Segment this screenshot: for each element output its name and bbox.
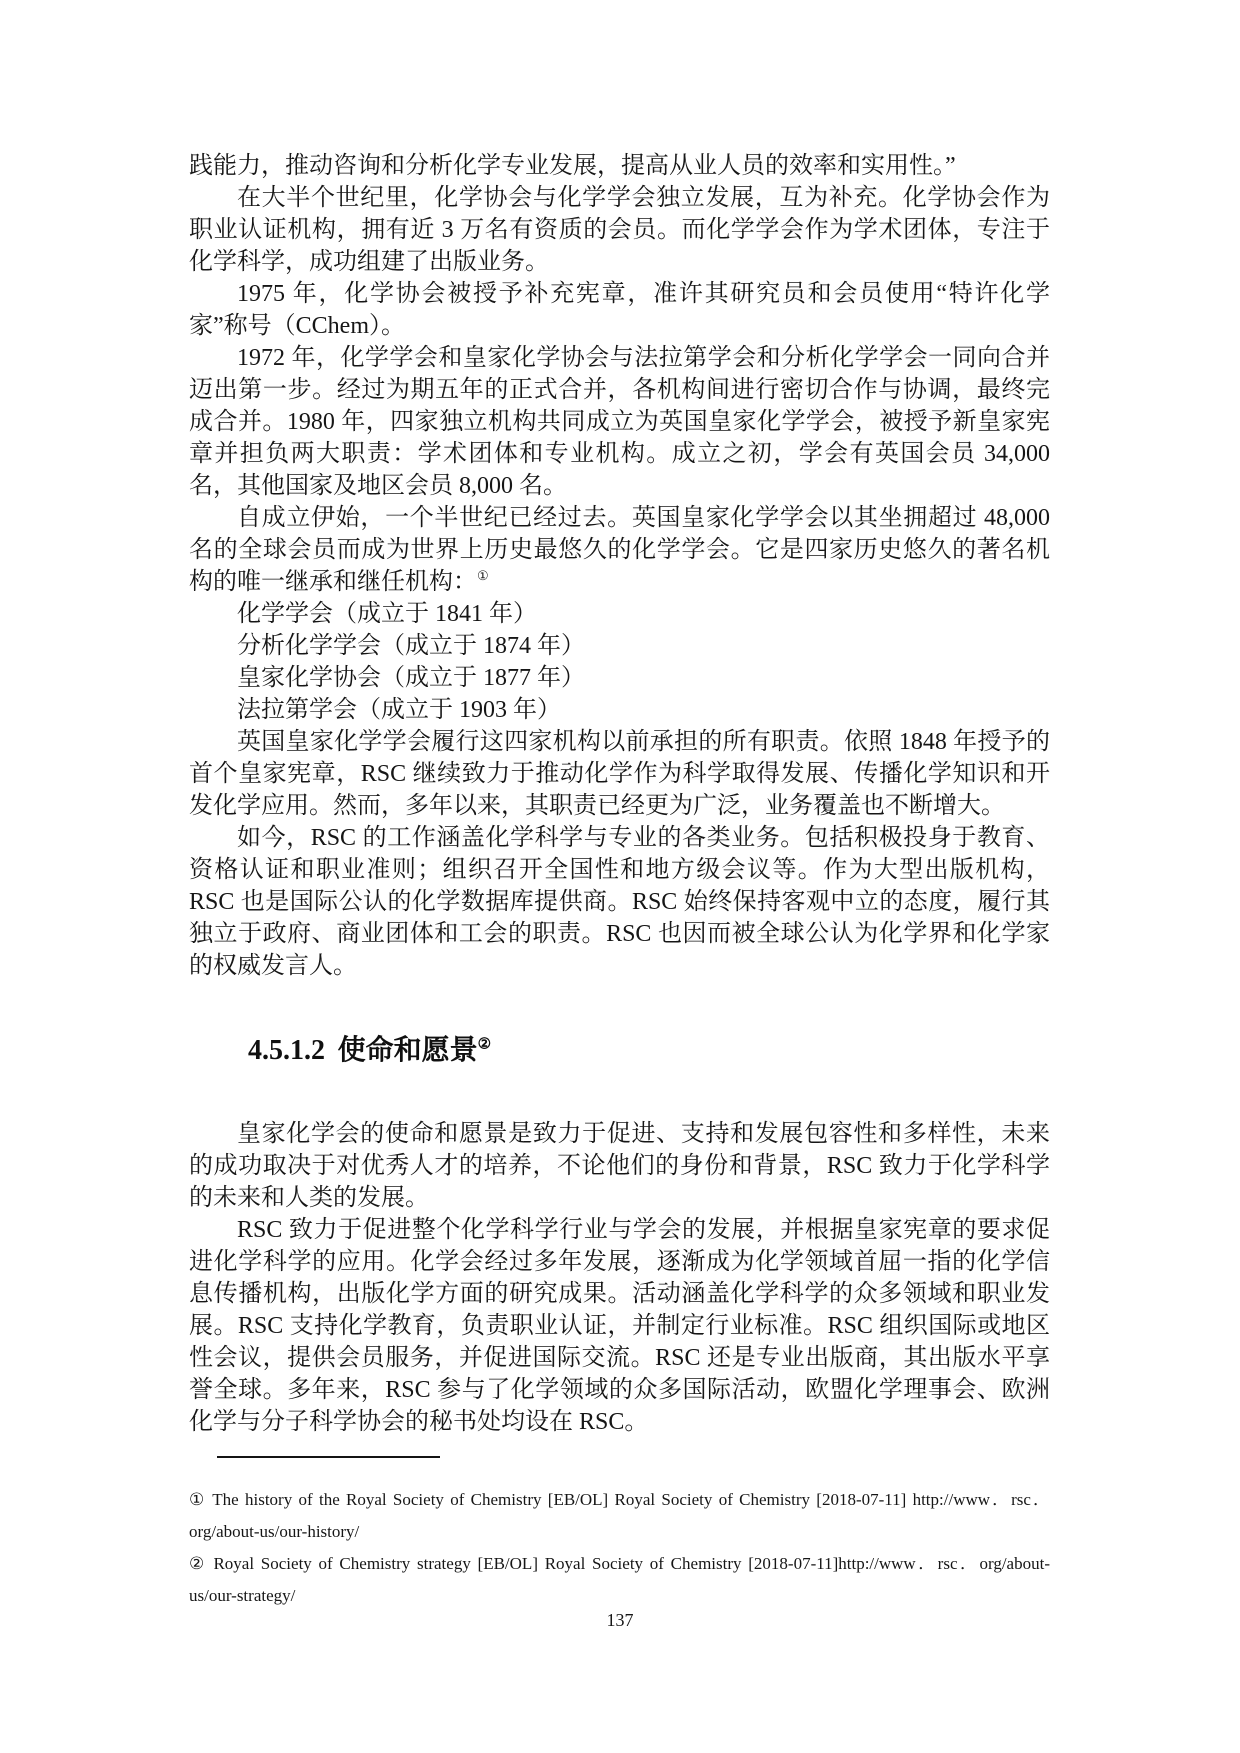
section-heading-title: 使命和愿景 — [338, 1035, 478, 1066]
paragraph-history-2: 1975 年，化学协会被授予补充宪章，准许其研究员和会员使用“特许化学家”称号（… — [189, 278, 1050, 342]
paragraph-continuation: 践能力，推动咨询和分析化学专业发展，提高从业人员的效率和实用性。” — [189, 150, 1050, 182]
section-heading: 4.5.1.2使命和愿景② — [248, 1030, 1050, 1072]
list-item-faraday-society: 法拉第学会（成立于 1903 年） — [189, 694, 1050, 726]
paragraph-mission-1: 皇家化学会的使命和愿景是致力于促进、支持和发展包容性和多样性，未来的成功取决于对… — [189, 1118, 1050, 1214]
paragraph-rsc-today: 如今，RSC 的工作涵盖化学科学与专业的各类业务。包括积极投身于教育、资格认证和… — [189, 822, 1050, 982]
footnote-1: ① The history of the Royal Society of Ch… — [189, 1484, 1050, 1548]
paragraph-history-3: 1972 年，化学学会和皇家化学协会与法拉第学会和分析化学学会一同向合并迈出第一… — [189, 342, 1050, 502]
text-block: 践能力，推动咨询和分析化学专业发展，提高从业人员的效率和实用性。” 在大半个世纪… — [189, 150, 1050, 1612]
paragraph-mission-2: RSC 致力于促进整个化学科学行业与学会的发展，并根据皇家宪章的要求促进化学科学… — [189, 1214, 1050, 1438]
paragraph-history-1: 在大半个世纪里，化学协会与化学学会独立发展，互为补充。化学协会作为职业认证机构，… — [189, 182, 1050, 278]
footnote-section: ① The history of the Royal Society of Ch… — [189, 1456, 1050, 1612]
footnote-reference-1: ① — [477, 568, 489, 583]
paragraph-predecessors: 自成立伊始，一个半世纪已经过去。英国皇家化学学会以其坐拥超过 48,000 名的… — [189, 502, 1050, 598]
list-item-analytical-society: 分析化学学会（成立于 1874 年） — [189, 630, 1050, 662]
footnote-list: ① The history of the Royal Society of Ch… — [189, 1466, 1050, 1612]
paragraph-charter: 英国皇家化学学会履行这四家机构以前承担的所有职责。依照 1848 年授予的首个皇… — [189, 726, 1050, 822]
section-heading-number: 4.5.1.2 — [248, 1035, 325, 1066]
list-item-chemical-society: 化学学会（成立于 1841 年） — [189, 598, 1050, 630]
list-item-royal-institute: 皇家化学协会（成立于 1877 年） — [189, 662, 1050, 694]
paragraph-predecessors-text: 自成立伊始，一个半世纪已经过去。英国皇家化学学会以其坐拥超过 48,000 名的… — [189, 505, 1050, 595]
footnote-separator — [217, 1456, 440, 1458]
footnote-2: ② Royal Society of Chemistry strategy [E… — [189, 1548, 1050, 1612]
page-number: 137 — [0, 1604, 1240, 1636]
footnote-reference-2: ② — [478, 1037, 491, 1053]
document-page: 践能力，推动咨询和分析化学专业发展，提高从业人员的效率和实用性。” 在大半个世纪… — [0, 0, 1240, 1753]
